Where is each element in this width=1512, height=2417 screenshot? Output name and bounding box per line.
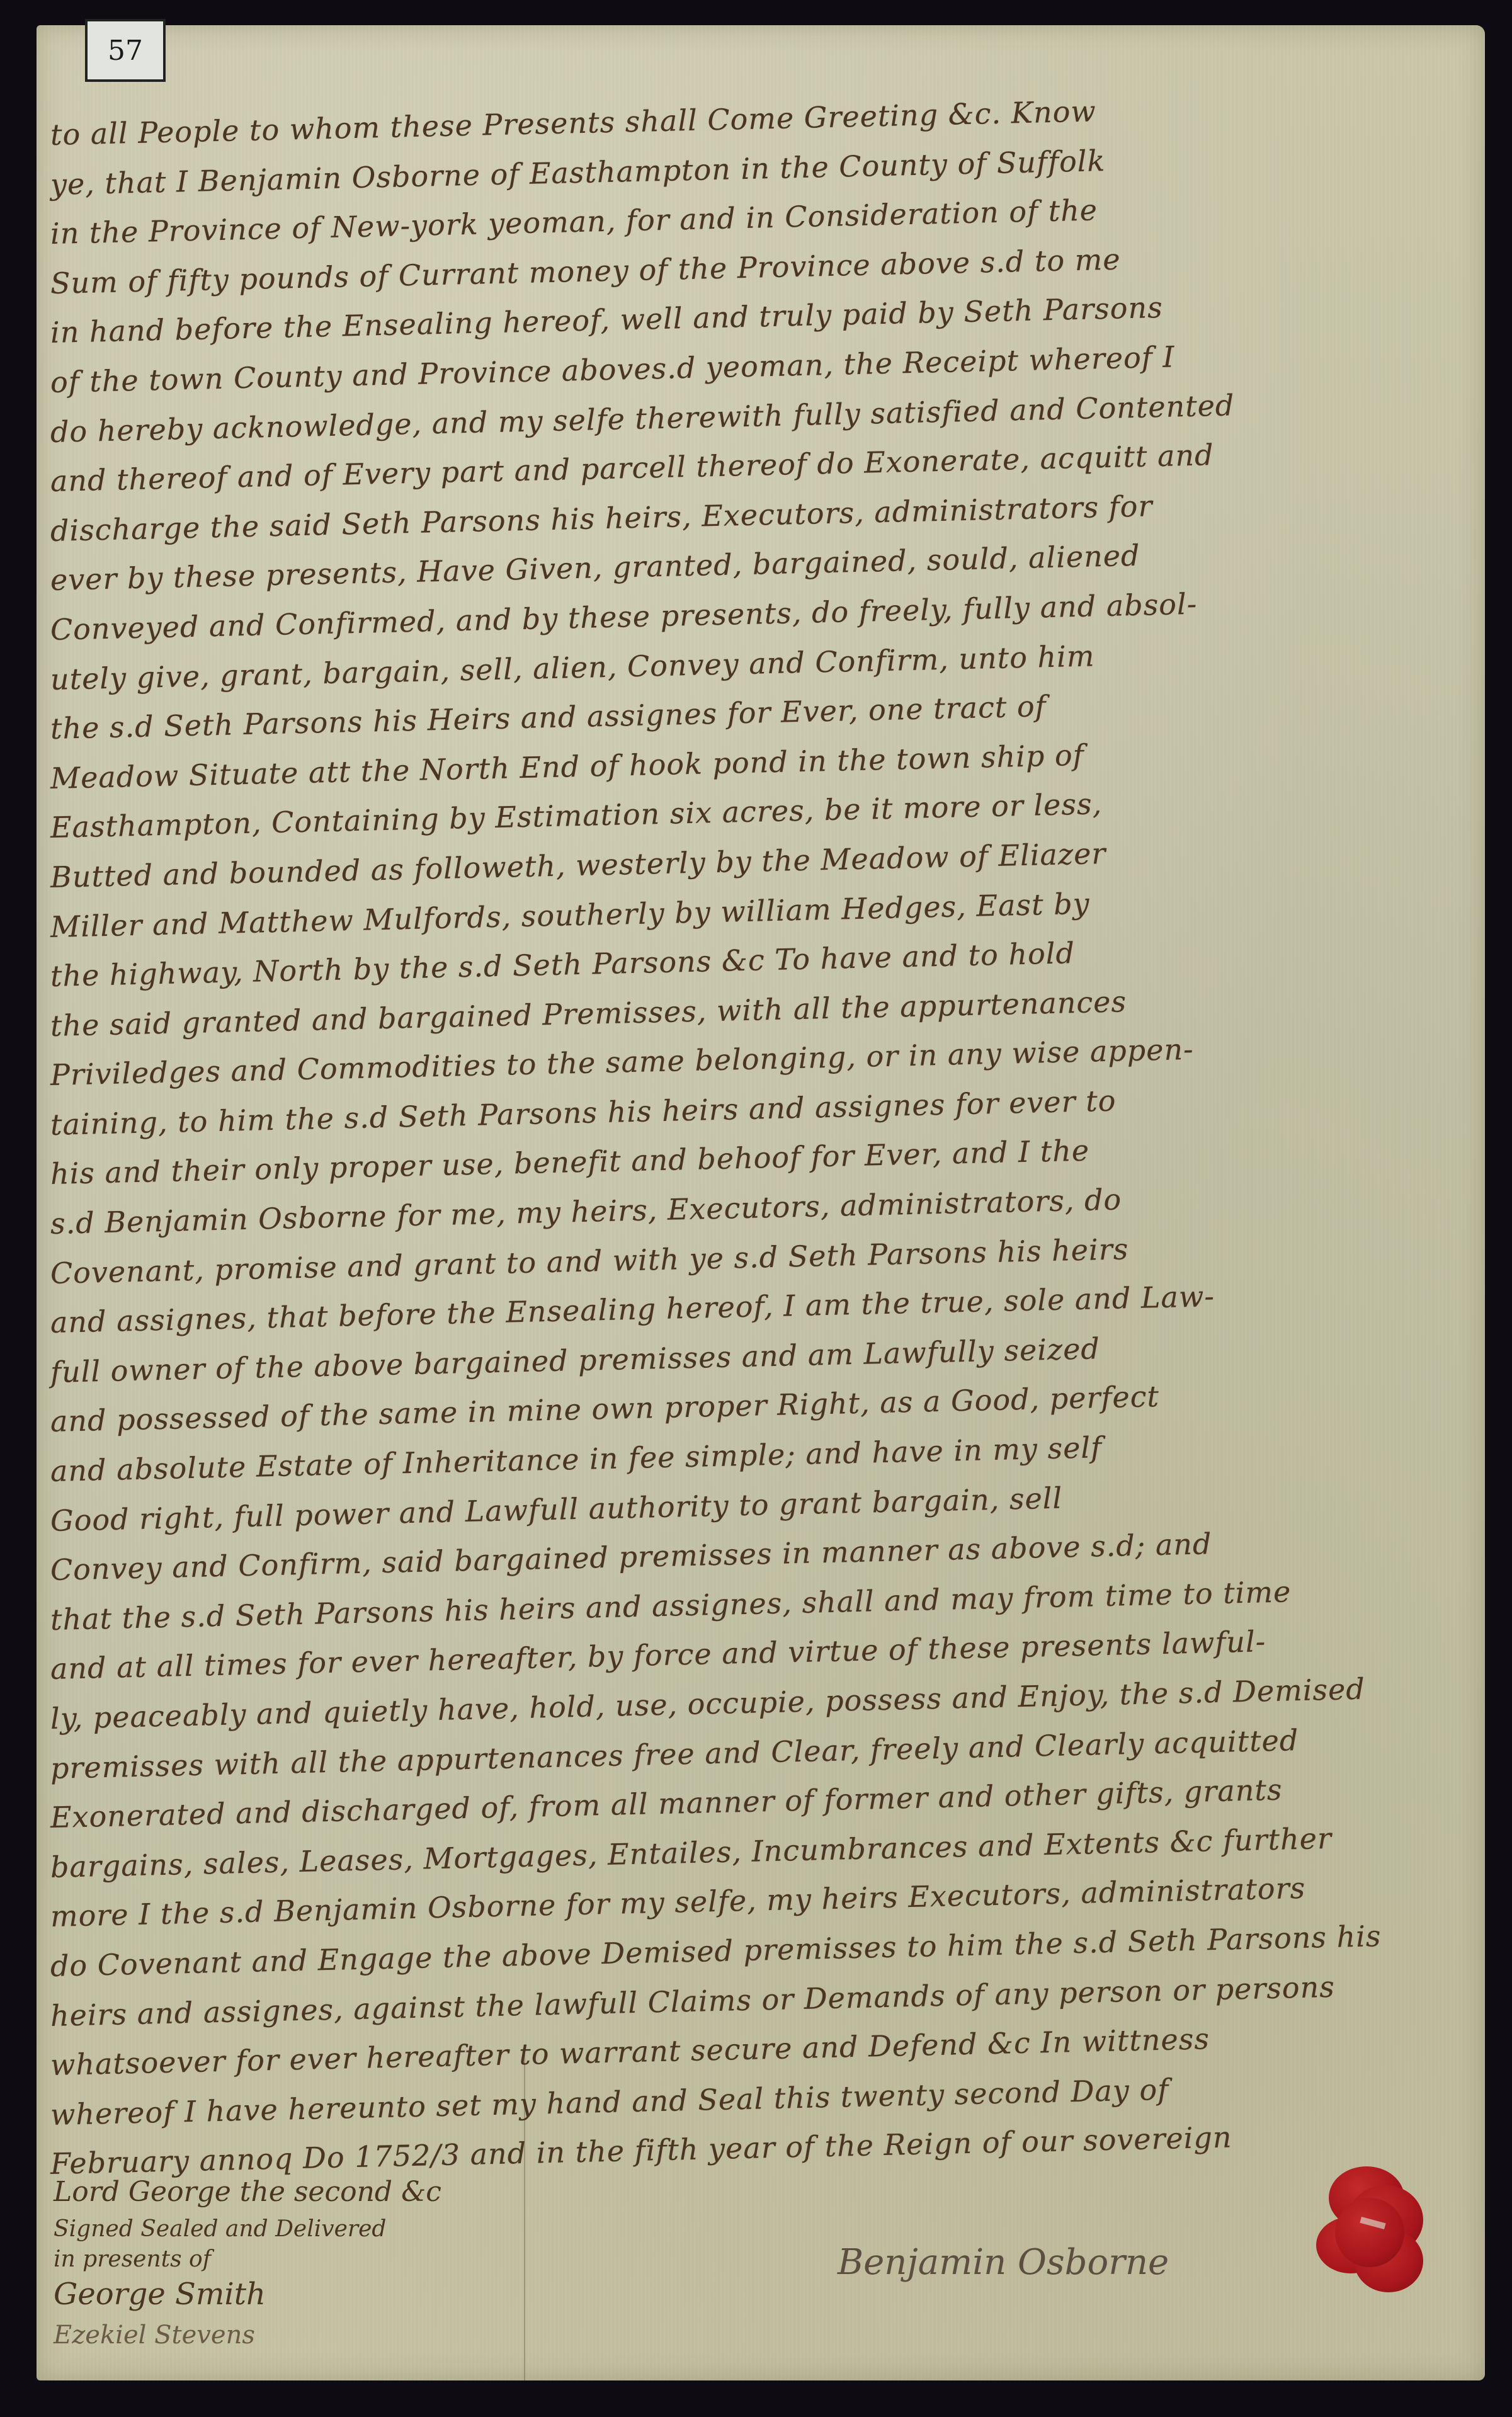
attestation-line-2: in presents of: [54, 2246, 532, 2277]
wax-seal-icon: [1304, 2160, 1436, 2292]
witness-signature-2: Ezekiel Stevens: [54, 2321, 532, 2358]
grantor-signature: Benjamin Osborne: [838, 2242, 1169, 2283]
closing-block: Lord George the second &c Signed Sealed …: [54, 2176, 532, 2358]
page-number: 57: [108, 35, 143, 67]
witness-signature-1: George Smith: [54, 2277, 532, 2321]
deed-body-text: to all People to whom these Presents sha…: [50, 110, 1467, 2189]
reign-line: Lord George the second &c: [54, 2176, 532, 2216]
page-number-label: 57: [85, 19, 166, 82]
attestation-line-1: Signed Sealed and Delivered: [54, 2216, 532, 2246]
